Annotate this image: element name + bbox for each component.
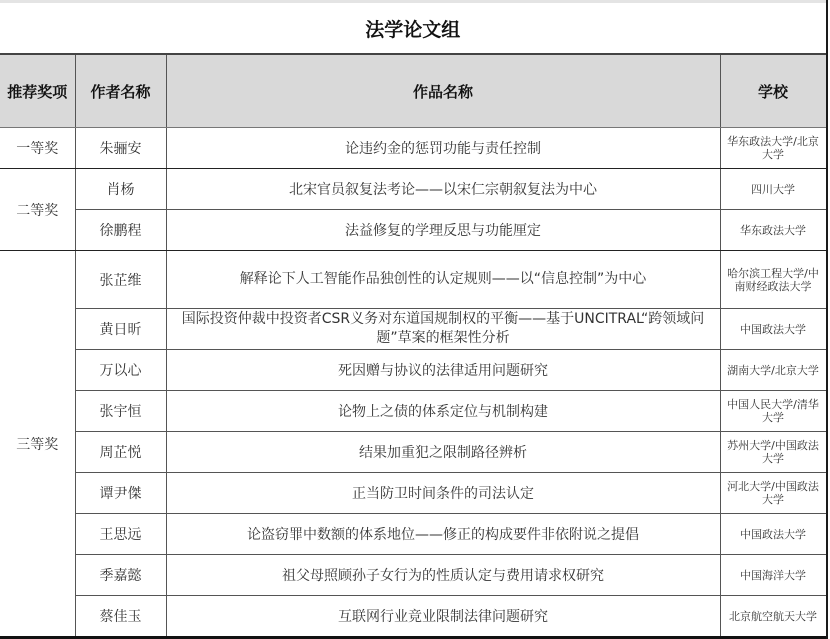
work-title-cell: 论违约金的惩罚功能与责任控制 bbox=[166, 128, 720, 169]
school-cell: 哈尔滨工程大学/中南财经政法大学 bbox=[720, 251, 826, 309]
column-header-author: 作者名称 bbox=[75, 54, 166, 128]
table-row: 一等奖 朱骊安 论违约金的惩罚功能与责任控制 华东政法大学/北京大学 bbox=[0, 128, 826, 169]
table-row: 二等奖 肖杨 北宋官员叙复法考论——以宋仁宗朝叙复法为中心 四川大学 bbox=[0, 169, 826, 210]
table-row: 王思远 论盗窃罪中数额的体系地位——修正的构成要件非依附说之提倡 中国政法大学 bbox=[0, 514, 826, 555]
author-cell: 季嘉懿 bbox=[75, 555, 166, 596]
table-row: 蔡佳玉 互联网行业竞业限制法律问题研究 北京航空航天大学 bbox=[0, 596, 826, 638]
author-cell: 万以心 bbox=[75, 350, 166, 391]
table-row: 黄日昕 国际投资仲裁中投资者CSR义务对东道国规制权的平衡——基于UNCITRA… bbox=[0, 309, 826, 350]
awards-table: 法学论文组 推荐奖项 作者名称 作品名称 学校 一等奖 朱骊安 论违约金的惩罚功… bbox=[0, 3, 827, 639]
school-cell: 中国政法大学 bbox=[720, 514, 826, 555]
table-title: 法学论文组 bbox=[0, 3, 826, 54]
table-row: 三等奖 张芷维 解释论下人工智能作品独创性的认定规则——以“信息控制”为中心 哈… bbox=[0, 251, 826, 309]
table-row: 张宇恒 论物上之债的体系定位与机制构建 中国人民大学/清华大学 bbox=[0, 391, 826, 432]
work-title-cell: 国际投资仲裁中投资者CSR义务对东道国规制权的平衡——基于UNCITRAL“跨领… bbox=[166, 309, 720, 350]
work-title-cell: 论物上之债的体系定位与机制构建 bbox=[166, 391, 720, 432]
award-cell: 三等奖 bbox=[0, 251, 75, 638]
header-row: 推荐奖项 作者名称 作品名称 学校 bbox=[0, 54, 826, 128]
table-row: 谭尹傑 正当防卫时间条件的司法认定 河北大学/中国政法大学 bbox=[0, 473, 826, 514]
author-cell: 肖杨 bbox=[75, 169, 166, 210]
school-cell: 中国政法大学 bbox=[720, 309, 826, 350]
author-cell: 蔡佳玉 bbox=[75, 596, 166, 638]
school-cell: 四川大学 bbox=[720, 169, 826, 210]
award-cell: 二等奖 bbox=[0, 169, 75, 251]
author-cell: 周芷悦 bbox=[75, 432, 166, 473]
column-header-award: 推荐奖项 bbox=[0, 54, 75, 128]
school-cell: 中国海洋大学 bbox=[720, 555, 826, 596]
work-title-cell: 正当防卫时间条件的司法认定 bbox=[166, 473, 720, 514]
author-cell: 王思远 bbox=[75, 514, 166, 555]
column-header-work: 作品名称 bbox=[166, 54, 720, 128]
award-cell: 一等奖 bbox=[0, 128, 75, 169]
work-title-cell: 北宋官员叙复法考论——以宋仁宗朝叙复法为中心 bbox=[166, 169, 720, 210]
work-title-cell: 死因赠与协议的法律适用问题研究 bbox=[166, 350, 720, 391]
school-cell: 苏州大学/中国政法大学 bbox=[720, 432, 826, 473]
column-header-school: 学校 bbox=[720, 54, 826, 128]
work-title-cell: 互联网行业竞业限制法律问题研究 bbox=[166, 596, 720, 638]
school-cell: 湖南大学/北京大学 bbox=[720, 350, 826, 391]
work-title-cell: 祖父母照顾孙子女行为的性质认定与费用请求权研究 bbox=[166, 555, 720, 596]
table-row: 季嘉懿 祖父母照顾孙子女行为的性质认定与费用请求权研究 中国海洋大学 bbox=[0, 555, 826, 596]
table-row: 万以心 死因赠与协议的法律适用问题研究 湖南大学/北京大学 bbox=[0, 350, 826, 391]
author-cell: 谭尹傑 bbox=[75, 473, 166, 514]
window-right-edge bbox=[826, 0, 830, 639]
work-title-cell: 法益修复的学理反思与功能厘定 bbox=[166, 210, 720, 251]
school-cell: 北京航空航天大学 bbox=[720, 596, 826, 638]
table-row: 周芷悦 结果加重犯之限制路径辨析 苏州大学/中国政法大学 bbox=[0, 432, 826, 473]
school-cell: 河北大学/中国政法大学 bbox=[720, 473, 826, 514]
work-title-cell: 论盗窃罪中数额的体系地位——修正的构成要件非依附说之提倡 bbox=[166, 514, 720, 555]
school-cell: 华东政法大学 bbox=[720, 210, 826, 251]
author-cell: 张宇恒 bbox=[75, 391, 166, 432]
work-title-cell: 解释论下人工智能作品独创性的认定规则——以“信息控制”为中心 bbox=[166, 251, 720, 309]
author-cell: 黄日昕 bbox=[75, 309, 166, 350]
school-cell: 中国人民大学/清华大学 bbox=[720, 391, 826, 432]
author-cell: 张芷维 bbox=[75, 251, 166, 309]
school-cell: 华东政法大学/北京大学 bbox=[720, 128, 826, 169]
table-row: 徐鹏程 法益修复的学理反思与功能厘定 华东政法大学 bbox=[0, 210, 826, 251]
author-cell: 徐鹏程 bbox=[75, 210, 166, 251]
work-title-cell: 结果加重犯之限制路径辨析 bbox=[166, 432, 720, 473]
author-cell: 朱骊安 bbox=[75, 128, 166, 169]
